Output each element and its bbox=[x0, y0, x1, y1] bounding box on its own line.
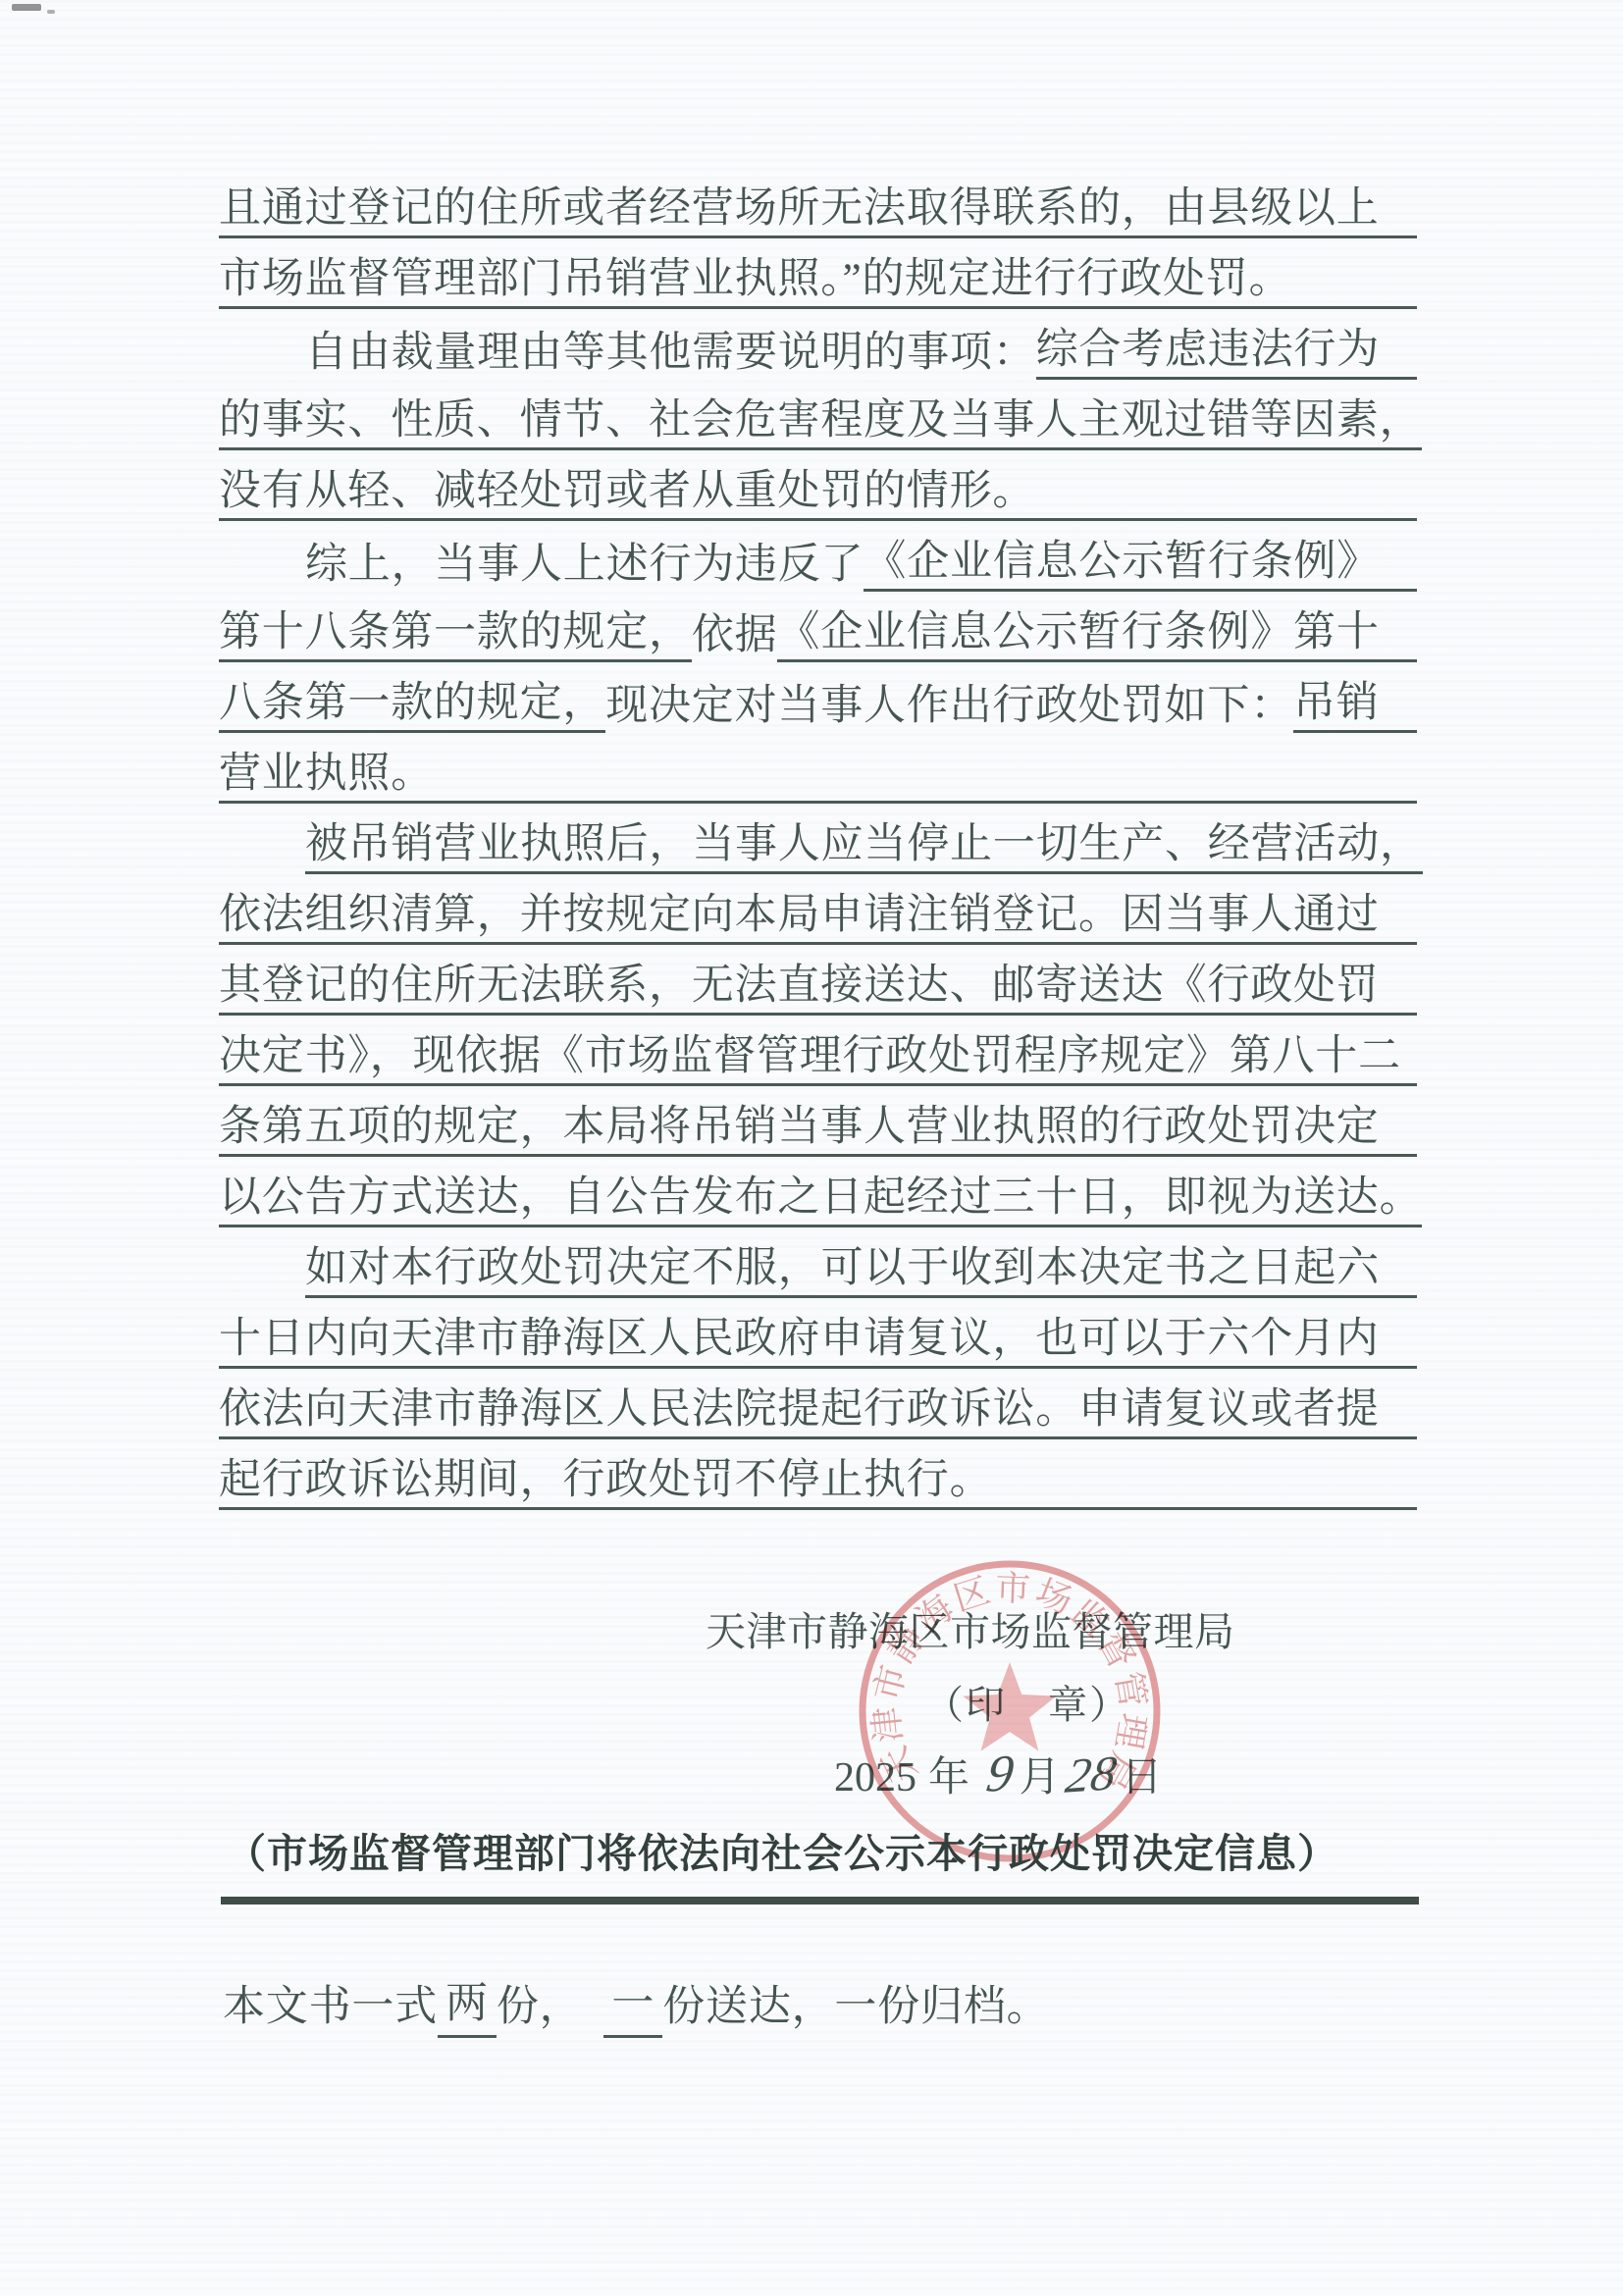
filled-in-text: 条第五项的规定，本局将吊销当事人营业执照的行政处罚决定 bbox=[219, 1106, 1380, 1157]
filled-in-text: 第十八条第一款的规定， bbox=[219, 611, 692, 662]
template-text: 依据 bbox=[692, 614, 778, 662]
filled-in-text: 的事实、性质、情节、社会危害程度及当事人主观过错等因素， bbox=[219, 399, 1422, 450]
template-text: 份送达，一份归档。 bbox=[662, 1973, 1049, 2038]
filled-in-text: 综合考虑违法行为 bbox=[1036, 329, 1380, 380]
template-text: 份， bbox=[497, 1973, 583, 2038]
body-line: 被吊销营业执照后，当事人应当停止一切生产、经营活动， bbox=[219, 804, 1417, 874]
filled-in-text: 营业执照。 bbox=[219, 753, 434, 804]
filled-in-text: 被吊销营业执照后，当事人应当停止一切生产、经营活动， bbox=[305, 823, 1423, 874]
filled-in-text: 十日内向天津市静海区人民政府申请复议，也可以于六个月内 bbox=[219, 1318, 1380, 1369]
scan-speck bbox=[12, 4, 41, 11]
trailing-rule bbox=[1380, 1369, 1417, 1439]
body-line: 市场监督管理部门吊销营业执照。”的规定进行行政处罚。 bbox=[219, 238, 1417, 309]
body-line: 且通过登记的住所或者经营场所无法取得联系的，由县级以上 bbox=[219, 168, 1417, 238]
filled-in-text: 《企业信息公示暂行条例》第十 bbox=[777, 611, 1379, 662]
scan-speck bbox=[47, 10, 55, 14]
trailing-rule bbox=[992, 1439, 1417, 1510]
body-line: 依法组织清算，并按规定向本局申请注销登记。因当事人通过 bbox=[219, 874, 1417, 945]
filled-in-text: 《企业信息公示暂行条例》 bbox=[864, 541, 1380, 592]
trailing-rule bbox=[1380, 309, 1417, 380]
trailing-rule bbox=[1291, 238, 1417, 309]
filled-in-text: 依法向天津市静海区人民法院提起行政诉讼。申请复议或者提 bbox=[219, 1388, 1380, 1439]
filled-in-text: 一 bbox=[603, 1970, 662, 2038]
filled-in-text: 市场监督管理部门吊销营业执照。” bbox=[219, 258, 862, 309]
filled-in-text: 两 bbox=[438, 1970, 497, 2038]
trailing-rule bbox=[1035, 450, 1417, 521]
filled-in-text: 如对本行政处罚决定不服，可以于收到本决定书之日起六 bbox=[305, 1247, 1380, 1298]
filled-in-text: 没有从轻、减轻处罚或者从重处罚的情形。 bbox=[219, 470, 1035, 521]
penalty-decision-page: 且通过登记的住所或者经营场所无法取得联系的，由县级以上市场监督管理部门吊销营业执… bbox=[0, 0, 1623, 2296]
document-body: 且通过登记的住所或者经营场所无法取得联系的，由县级以上市场监督管理部门吊销营业执… bbox=[219, 168, 1417, 1510]
publicity-note: （市场监督管理部门将依法向社会公示本行政处罚决定信息） bbox=[226, 1821, 1338, 1879]
filled-in-text: 决定书》，现依据《市场监督管理行政处罚程序规定》第八十二 bbox=[219, 1035, 1401, 1086]
body-line: 的事实、性质、情节、社会危害程度及当事人主观过错等因素， bbox=[219, 380, 1417, 450]
body-line: 营业执照。 bbox=[219, 733, 1417, 804]
template-text: 综上，当事人上述行为违反了 bbox=[305, 544, 864, 592]
template-text: 本文书一式 bbox=[223, 1973, 438, 2038]
trailing-rule bbox=[1380, 1298, 1417, 1369]
trailing-rule bbox=[1401, 1016, 1417, 1086]
body-line: 决定书》，现依据《市场监督管理行政处罚程序规定》第八十二 bbox=[219, 1016, 1417, 1086]
filled-in-text: 依法组织清算，并按规定向本局申请注销登记。因当事人通过 bbox=[219, 894, 1380, 945]
trailing-rule bbox=[1380, 945, 1417, 1016]
body-line: 十日内向天津市静海区人民政府申请复议，也可以于六个月内 bbox=[219, 1298, 1417, 1369]
body-line: 以公告方式送达，自公告发布之日起经过三十日，即视为送达。 bbox=[219, 1157, 1417, 1227]
trailing-rule bbox=[1380, 168, 1417, 238]
trailing-rule bbox=[434, 733, 1417, 804]
filled-in-text: 八条第一款的规定， bbox=[219, 682, 605, 733]
trailing-rule bbox=[1380, 592, 1417, 662]
body-line: 条第五项的规定，本局将吊销当事人营业执照的行政处罚决定 bbox=[219, 1086, 1417, 1157]
template-text: 自由裁量理由等其他需要说明的事项： bbox=[305, 332, 1036, 380]
filled-in-text: 其登记的住所无法联系，无法直接送达、邮寄送达《行政处罚 bbox=[219, 965, 1380, 1016]
body-line: 没有从轻、减轻处罚或者从重处罚的情形。 bbox=[219, 450, 1417, 521]
body-line: 综上，当事人上述行为违反了《企业信息公示暂行条例》 bbox=[219, 521, 1417, 592]
filled-in-text: 起行政诉讼期间，行政处罚不停止执行。 bbox=[219, 1459, 992, 1510]
distribution-note: 本文书一式两份，一份送达，一份归档。 bbox=[223, 1970, 1049, 2038]
body-line: 如对本行政处罚决定不服，可以于收到本决定书之日起六 bbox=[219, 1227, 1417, 1298]
filled-in-text: 的规定进行行政处罚。 bbox=[862, 258, 1291, 309]
body-line: 依法向天津市静海区人民法院提起行政诉讼。申请复议或者提 bbox=[219, 1369, 1417, 1439]
trailing-rule bbox=[1380, 1086, 1417, 1157]
trailing-rule bbox=[1380, 1227, 1417, 1298]
body-line: 其登记的住所无法联系，无法直接送达、邮寄送达《行政处罚 bbox=[219, 945, 1417, 1016]
trailing-rule bbox=[1380, 662, 1417, 733]
filled-in-text: 且通过登记的住所或者经营场所无法取得联系的，由县级以上 bbox=[219, 187, 1380, 238]
body-line: 起行政诉讼期间，行政处罚不停止执行。 bbox=[219, 1439, 1417, 1510]
template-text: 现决定对当事人作出行政处罚如下： bbox=[605, 685, 1293, 733]
body-line: 八条第一款的规定，现决定对当事人作出行政处罚如下：吊销 bbox=[219, 662, 1417, 733]
filled-in-text: 吊销 bbox=[1293, 682, 1380, 733]
body-line: 自由裁量理由等其他需要说明的事项：综合考虑违法行为 bbox=[219, 309, 1417, 380]
trailing-rule bbox=[1380, 874, 1417, 945]
filled-in-text: 以公告方式送达，自公告发布之日起经过三十日，即视为送达。 bbox=[219, 1176, 1422, 1227]
trailing-rule bbox=[1380, 521, 1417, 592]
seal-star-icon bbox=[963, 1662, 1056, 1751]
body-line: 第十八条第一款的规定，依据《企业信息公示暂行条例》第十 bbox=[219, 592, 1417, 662]
divider-rule bbox=[221, 1897, 1419, 1905]
